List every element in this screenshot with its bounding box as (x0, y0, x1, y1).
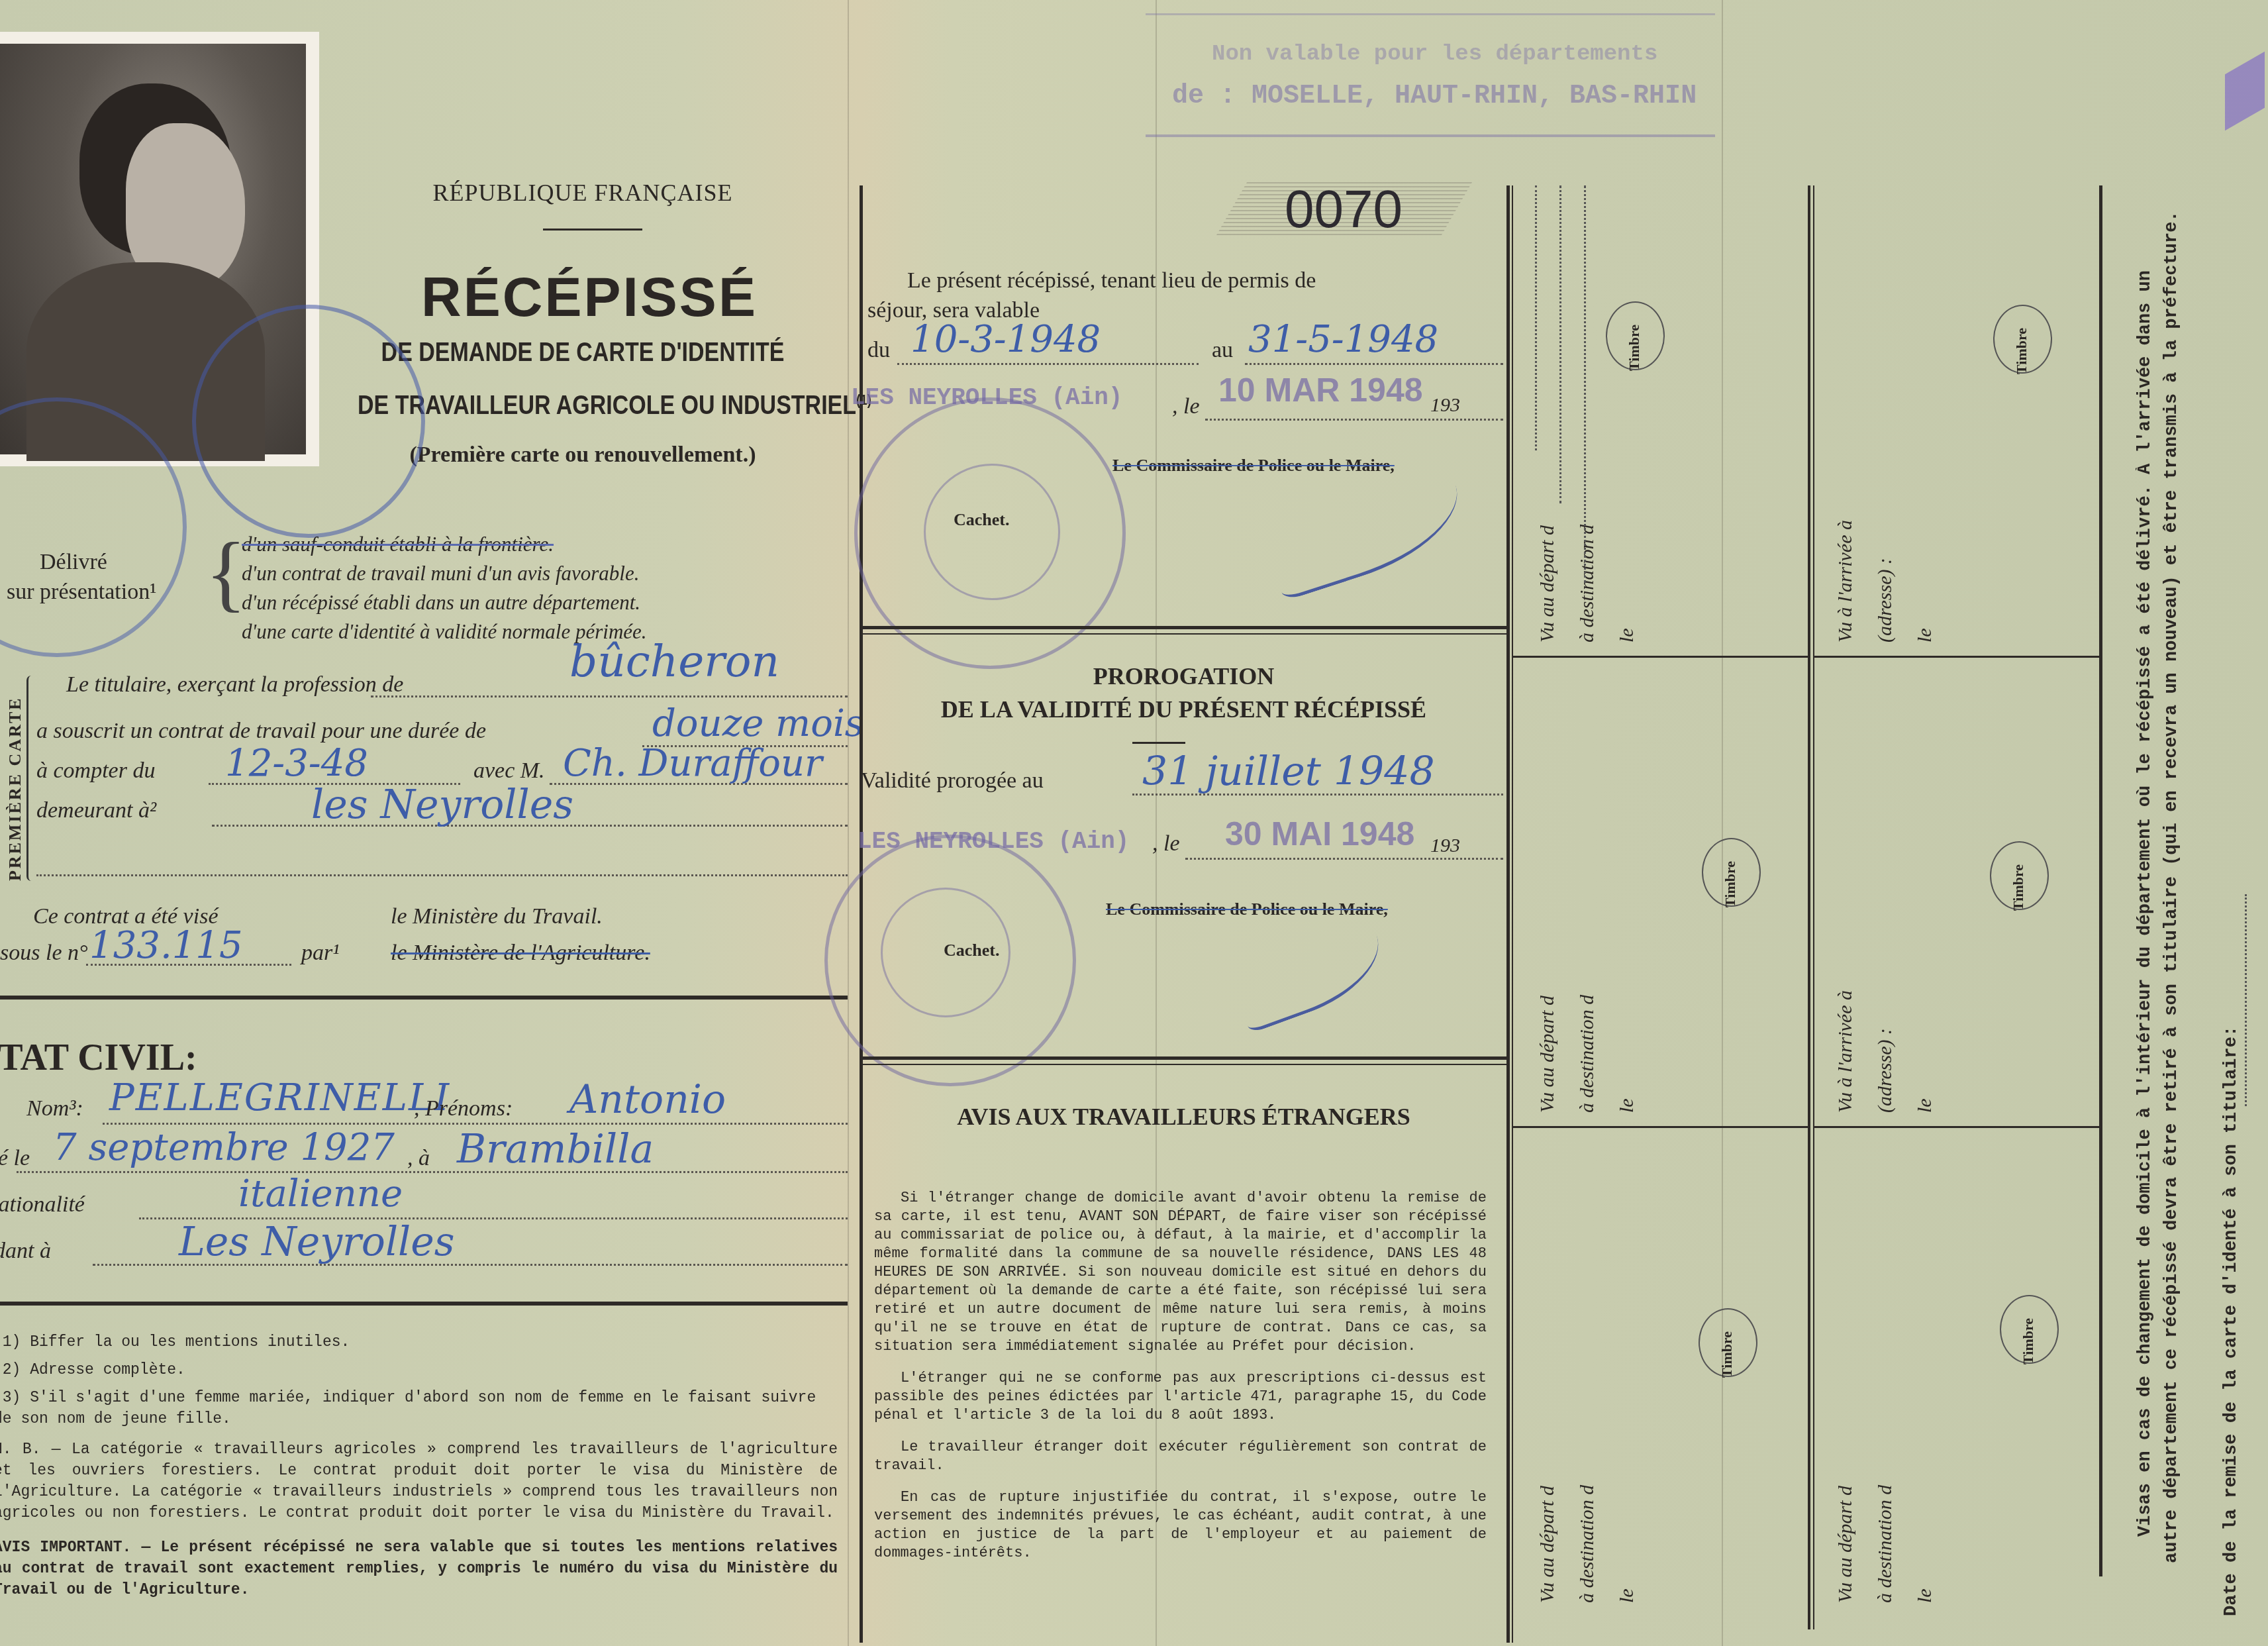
section-divider (861, 626, 1506, 629)
seal-label: Cachet. (954, 510, 1009, 530)
visa-line (1559, 185, 1561, 503)
column-border (1808, 185, 1810, 1629)
validity-to-line (1245, 363, 1503, 365)
delivery-options: d'un sauf-conduit établi à la frontière.… (242, 530, 647, 646)
column-border (1512, 185, 1513, 1643)
avis-paragraph: L'étranger qui ne se conforme pas aux pr… (874, 1369, 1487, 1425)
nom-label: Nom³: (26, 1096, 83, 1121)
visa-destination-label: à destination d (1576, 525, 1599, 643)
visa-number-value[interactable]: 133.115 (89, 924, 243, 967)
profession-label: Le titulaire, exerçant la profession de (66, 672, 403, 697)
visa-option-agriculture: le Ministère de l'Agriculture. (391, 941, 650, 966)
fold-line (1722, 0, 1723, 1646)
avis-paragraph: Le travailleur étranger doit exécuter ré… (874, 1438, 1487, 1475)
row-divider (1513, 1126, 1808, 1128)
birth-date-label: né le (0, 1146, 30, 1171)
section-divider (861, 1056, 1506, 1060)
extension-value[interactable]: 31 juillet 1948 (1142, 748, 1435, 795)
birth-place-value[interactable]: Brambilla (457, 1126, 654, 1172)
validity-text-1: Le présent récépissé, tenant lieu de per… (907, 268, 1503, 293)
validity-from-value[interactable]: 10-3-1948 (911, 318, 1101, 361)
prorogation-subheading: DE LA VALIDITÉ DU PRÉSENT RÉCÉPISSÉ (861, 695, 1506, 723)
timbre-label: Timbre (1722, 861, 1739, 907)
validity-from-label: du (867, 338, 890, 363)
avis-paragraph: En cas de rupture injustifiée du contrat… (874, 1488, 1487, 1563)
etat-civil-heading: ÉTAT CIVIL: (0, 1037, 197, 1079)
visa-arrival-label: Vu à l'arrivée à (1834, 520, 1857, 643)
prenoms-value[interactable]: Antonio (569, 1076, 726, 1123)
side-instruction-1: Visas en cas de changement de domicile à… (2136, 172, 2155, 1537)
extension-date-line (1185, 858, 1503, 860)
visa-par-label: par¹ (301, 941, 339, 966)
subtitle-2-text: DE TRAVAILLEUR AGRICOLE OU INDUSTRIEL (358, 391, 856, 420)
section-divider (0, 996, 848, 1000)
section-divider (0, 1302, 848, 1306)
visa-date-label: le (1616, 1588, 1638, 1603)
visa-date-label: le (1616, 1098, 1638, 1113)
visa-address-label: (adresse) : (1874, 1028, 1897, 1113)
visa-line (1535, 185, 1537, 450)
visa-arrival-label: Vu à l'arrivée à (1834, 990, 1857, 1113)
stamp-line-1: Non valable pour les départements (1212, 42, 1657, 67)
header-divider (543, 229, 642, 231)
document-subtitle-2: DE TRAVAILLEUR AGRICOLE OU INDUSTRIEL(1) (358, 391, 808, 421)
delivered-on-presentation-label: sur présentation¹ (7, 580, 156, 605)
delivery-option: d'un sauf-conduit établi à la frontière. (242, 530, 647, 559)
row-divider (1513, 656, 1808, 658)
country-header: RÉPUBLIQUE FRANÇAISE (331, 179, 834, 207)
mairie-seal-inner (924, 464, 1060, 600)
visa-depart-label: Vu au départ d (1536, 996, 1559, 1113)
visa-number-label: sous le n° (0, 941, 88, 966)
employer-label: avec M. (473, 758, 545, 784)
residence-label: demeurant à² (36, 798, 156, 823)
visa-depart-label: Vu au départ d (1834, 1486, 1857, 1603)
timbre-label: Timbre (1718, 1331, 1736, 1378)
year-prefix: 193 (1430, 835, 1460, 857)
card-delivery-date-label: Date de la remise de la carte d'identé à… (2222, 1026, 2242, 1616)
contract-duration-value[interactable]: douze mois (652, 702, 864, 745)
serial-number: 0070 (1285, 179, 1403, 240)
residant-value[interactable]: Les Neyrolles (179, 1219, 455, 1265)
premiere-carte-side-label: PREMIÈRE CARTE (5, 696, 25, 881)
validity-from-line (897, 363, 1199, 365)
nom-value[interactable]: PELLEGRINELLI (109, 1076, 450, 1119)
timbre-label: Timbre (1626, 325, 1643, 371)
stamp-line-2: de : MOSELLE, HAUT-RHIN, BAS-RHIN (1172, 81, 1697, 111)
issue-date-stamp: 10 MAR 1948 (1218, 371, 1423, 409)
signatory-text: Le Commissaire de Police ou le Maire, (1112, 456, 1395, 475)
section-divider (861, 1064, 1506, 1065)
issue-date-line (1205, 419, 1503, 421)
extension-date-label: , le (1152, 831, 1180, 856)
footnotes: (1) Biffer la ou les mentions inutiles. … (0, 1331, 838, 1600)
footnote: (1) Biffer la ou les mentions inutiles. (0, 1331, 838, 1353)
visa-date-label: le (1616, 628, 1638, 643)
column-border (1813, 185, 1814, 1629)
visa-depart-label: Vu au départ d (1536, 1486, 1559, 1603)
visa-line (1584, 185, 1586, 583)
profession-field-line (371, 695, 848, 697)
nationality-label: de nationalité (0, 1192, 85, 1217)
validity-to-value[interactable]: 31-5-1948 (1248, 318, 1438, 361)
nb-note: N. B. — La catégorie « travailleurs agri… (0, 1439, 838, 1523)
avis-paragraph: Si l'étranger change de domicile avant d… (874, 1189, 1487, 1356)
delivery-option: d'un contrat de travail muni d'un avis f… (242, 559, 647, 588)
nationality-value[interactable]: italienne (238, 1172, 403, 1215)
nom-line (103, 1123, 848, 1125)
start-date-label: à compter du (36, 758, 155, 784)
visa-date-label: le (1914, 1098, 1936, 1113)
timbre-label: Timbre (2013, 328, 2030, 374)
section-divider (861, 633, 1506, 635)
brace: { (205, 530, 246, 616)
column-border (2099, 185, 2102, 1576)
issue-date-label: , le (1172, 394, 1200, 419)
year-prefix: 193 (1430, 394, 1460, 417)
document-subtitle-1: DE DEMANDE DE CARTE D'IDENTITÉ (369, 338, 797, 368)
prenoms-label: , Prénoms: (414, 1096, 513, 1121)
visa-date-label: le (1914, 1588, 1936, 1603)
visa-date-label: le (1914, 628, 1936, 643)
visa-option-travail: le Ministère du Travail. (391, 904, 603, 929)
residence-line-2 (36, 874, 848, 876)
seal-label: Cachet. (944, 941, 999, 960)
row-divider (1814, 1126, 2099, 1128)
visa-address-label: (adresse) : (1874, 558, 1897, 643)
fold-line (848, 0, 849, 1646)
footnote: (3) S'il s'agit d'une femme mariée, indi… (0, 1387, 838, 1429)
extension-label: Validité prorogée au (861, 768, 1044, 794)
timbre-label: Timbre (2010, 864, 2027, 911)
residence-value[interactable]: les Neyrolles (311, 782, 573, 828)
residant-label: résidant à (0, 1239, 51, 1264)
validity-to-label: au (1212, 338, 1233, 363)
prorogation-divider (1132, 742, 1185, 744)
visa-depart-label: Vu au départ d (1536, 525, 1559, 643)
column-border (1506, 185, 1510, 1643)
contract-duration-label: a souscrit un contrat de travail pour un… (36, 719, 486, 744)
birth-line (17, 1171, 848, 1173)
mairie-seal-stamp (192, 305, 425, 538)
signatory-label: Le Commissaire de Police ou le Maire, (1112, 456, 1395, 476)
profession-value[interactable]: bûcheron (569, 636, 779, 687)
document-title: RÉCÉPISSÉ (331, 265, 848, 329)
avis-important-note: AVIS IMPORTANT. — Le présent récépissé n… (0, 1537, 838, 1600)
row-divider (1814, 656, 2099, 658)
visa-destination-label: à destination d (1576, 995, 1599, 1113)
avis-body: Si l'étranger change de domicile avant d… (874, 1189, 1487, 1563)
extension-date-stamp: 30 MAI 1948 (1225, 815, 1414, 853)
timbre-label: Timbre (2020, 1318, 2037, 1364)
visa-destination-label: à destination d (1874, 1485, 1897, 1603)
birth-date-value[interactable]: 7 septembre 1927 (53, 1126, 395, 1169)
delivery-option: d'un récépissé établi dans un autre dépa… (242, 588, 647, 617)
birth-place-label: , à (407, 1146, 430, 1171)
start-date-value[interactable]: 12-3-48 (225, 742, 368, 785)
section-brace (26, 676, 31, 881)
card-delivery-date-line (2245, 894, 2247, 1106)
avis-heading: AVIS AUX TRAVAILLEURS ÉTRANGERS (861, 1103, 1506, 1131)
prorogation-heading: PROROGATION (861, 662, 1506, 690)
side-instruction-2: autre département ce récépissé devra êtr… (2162, 172, 2182, 1563)
footnote: (2) Adresse complète. (0, 1359, 838, 1380)
department-restriction-stamp: Non valable pour les départements de : M… (1146, 13, 1715, 137)
visa-destination-label: à destination d (1576, 1485, 1599, 1603)
delivered-label: Délivré (40, 550, 107, 575)
employer-value[interactable]: Ch. Duraffour (563, 742, 822, 785)
